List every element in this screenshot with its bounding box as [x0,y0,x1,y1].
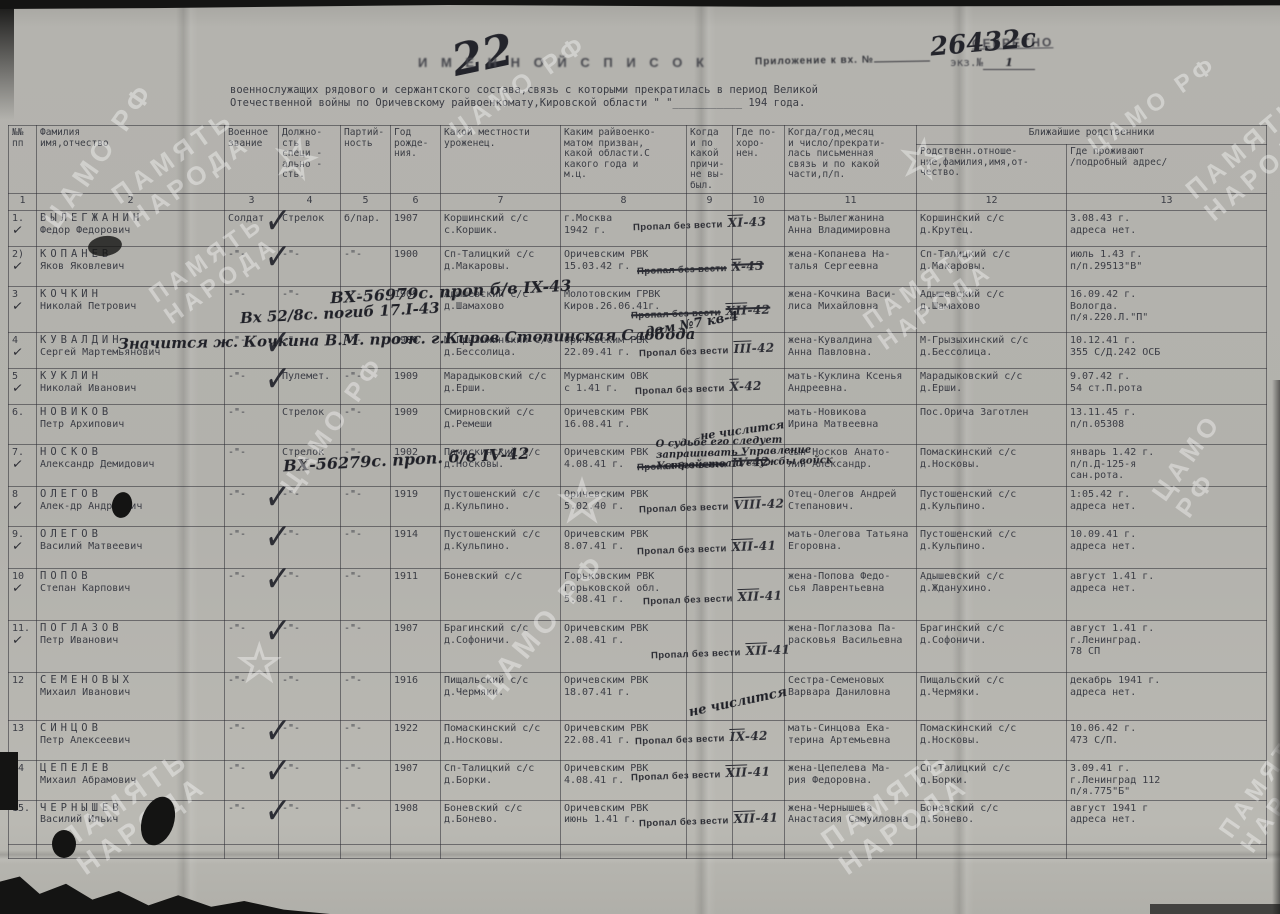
soldier-surname: ПОПОВ [40,571,221,583]
cell-row-number: 5✓ [9,369,37,405]
stamp-text: Пропал без вести [633,219,723,233]
cell-relative-address: Адышевский с/с д.Шамахово [917,287,1067,333]
column-number-7: 7 [441,194,561,211]
cell-relative-address: Пос.Орича Заготлен [917,405,1067,445]
row-checkmark: ✓ [11,458,33,472]
roman-month: XII [745,643,767,658]
incoming-number-stamp: Приложение к вх. № [755,53,930,67]
column-number-5: 5 [341,194,391,211]
cell-loss-cause: Пропал без вестиIX-42 [687,721,733,761]
scan-edge-left [0,0,14,120]
soldier-surname: ЦЕПЕЛЕВ [40,763,221,775]
scan-edge-right [1272,380,1280,914]
cell-last-contact: 10.12.41 г. 355 С/Д.242 ОСБ [1067,333,1267,369]
roman-month: X [731,260,741,274]
cell-party: -"- [341,721,391,761]
empty-cell [917,844,1067,858]
incoming-stamp-label: Приложение к вх. № [755,54,874,67]
handwritten-checkmark: ✓ [264,360,292,399]
cell-drafted-by: Оричевским РВК 2.08.41 г. [561,621,687,673]
cell-last-contact: 10.09.41 г. адреса нет. [1067,527,1267,569]
soldier-surname: СЕМЕНОВЫХ [40,675,221,687]
table-row: 10✓ПОПОВСтепан Карпович-"--"-✓-"-1911Бон… [9,569,1267,621]
scan-edge-notch [0,752,18,810]
cell-relative: мать-Олегова Татьяна Егоровна. [785,527,917,569]
column-number-13: 13 [1067,194,1267,211]
cell-name: ПОГЛАЗОВПетр Иванович [37,621,225,673]
soldier-surname: ПОГЛАЗОВ [40,623,221,635]
scan-edge-bottom-right [1150,904,1280,914]
soldier-given-names: Петр Иванович [40,635,221,647]
roman-month: VIII [733,497,761,512]
cell-last-contact: 1:05.42 г. адреса нет. [1067,487,1267,527]
cell-birth-year: 1909 [391,405,441,445]
column-number-10: 10 [733,194,785,211]
soldier-surname: КОЧКИН [40,289,221,301]
cell-rank: -"- [225,405,279,445]
soldier-given-names: Николай Иванович [40,383,221,395]
cell-birth-year: 1908 [391,800,441,844]
table-row: 11.✓ПОГЛАЗОВПетр Иванович-"--"-✓-"-1907Б… [9,621,1267,673]
row-checkmark: ✓ [11,224,33,238]
cell-birth-year: 1900 [391,247,441,287]
roman-month: X [729,380,739,394]
cell-party: б/пар. [341,211,391,247]
handwritten-checkmark: ✓ [264,518,292,557]
stamp-date-handwritten: X-43 [731,259,764,274]
stamp-date-handwritten: VIII-42 [733,496,784,512]
column-header-6: Год рожде- ния. [391,126,441,194]
table-row: 13СИНЦОВПетр Алексеевич-"--"-✓-"-1922Пом… [9,721,1267,761]
cell-row-number: 4✓ [9,333,37,369]
cell-name: НОВИКОВПетр Архипович [37,405,225,445]
soldier-given-names: Петр Архипович [40,419,221,431]
cell-last-contact: 13.11.45 г. п/п.05308 [1067,405,1267,445]
cell-row-number: 1.✓ [9,211,37,247]
table-row: 1.✓ВЫЛЕГЖАНИНФедор ФедоровичСолдатСтрело… [9,211,1267,247]
cell-party: -"- [341,369,391,405]
roman-month: XI [727,215,743,230]
cell-relative: Отец-Олегов Андрей Степанович. [785,487,917,527]
soldier-surname: НОСКОВ [40,447,221,459]
handwritten-checkmark: ✓ [264,612,292,651]
stamp-date-handwritten: III-42 [733,341,774,356]
document-subtitle: военнослужащих рядового и сержантского с… [230,84,818,110]
cell-birth-year: 1907 [391,211,441,247]
empty-cell [225,844,279,858]
cell-row-number: 8✓ [9,487,37,527]
document-title: И М Е Н Н О Й С П И С О К [418,55,709,70]
cell-birth-year: 1907 [391,621,441,673]
cell-row-number: 12 [9,673,37,721]
stamp-text: Пропал без вести [643,593,733,607]
column-number-6: 6 [391,194,441,211]
copy-number-handwritten: 1 [1005,56,1013,69]
empty-cell [687,844,733,858]
cell-relative-address: Коршинский с/с д.Крутец. [917,211,1067,247]
column-number-11: 11 [785,194,917,211]
roman-month: III [733,341,752,356]
column-header-2: Фамилия имя,отчество [37,126,225,194]
cell-last-contact: 10.06.42 г. 473 С/П. [1067,721,1267,761]
cell-birth-year: 1909 [391,369,441,405]
cell-loss-cause: Пропал без вестиXII-41 [687,621,733,673]
cell-name: ЦЕПЕЛЕВМихаил Абрамович [37,761,225,801]
cell-relative-address: М-Грызыхинский с/с д.Бессолица. [917,333,1067,369]
stamp-date-handwritten: XI-43 [727,215,766,230]
handwritten-checkmark: ✓ [264,478,292,517]
empty-cell [279,844,341,858]
cell-name: СЕМЕНОВЫХМихаил Иванович [37,673,225,721]
cell-loss-cause: Пропал без вестиX-42 [687,369,733,405]
roman-month: IX [729,729,745,744]
table-row: 14ЦЕПЕЛЕВМихаил Абрамович-"--"-✓-"-1907С… [9,761,1267,801]
column-header-3: Военное звание [225,126,279,194]
cell-row-number: 2)✓ [9,247,37,287]
column-header-9: Когда и по какой причи- не вы- был. [687,126,733,194]
empty-cell [561,844,687,858]
cell-birthplace: Пустошенский с/с д.Кульпино. [441,527,561,569]
roman-month: XII [731,539,753,554]
stamp-text: Пропал без вести [637,543,727,557]
handwritten-note: О судьбе его следует запрашивать Управле… [655,433,832,472]
stamp-date-handwritten: XII-41 [745,643,790,659]
cell-loss-cause: Пропал без вестиXII-41 [687,800,733,844]
cell-birth-year: 1922 [391,721,441,761]
cell-loss-cause: Пропал без вестиVIII-42 [687,487,733,527]
cell-birthplace: Боневский с/с д.Бонево. [441,800,561,844]
empty-cell [341,844,391,858]
roster-header: №№ ппФамилия имя,отчествоВоенное званиеД… [9,126,1267,211]
cell-drafted-by: Оричевским РВК 18.07.41 г. [561,673,687,721]
cell-birth-year: 1916 [391,673,441,721]
stamp-text: Пропал без вести [639,501,729,515]
cell-relative-address: Марадыковский с/с д.Ерши. [917,369,1067,405]
stamp-text: Пропал без вести [635,733,725,747]
stamp-text: Пропал без вести [631,769,721,783]
cell-relative: жена-Чернышева Анастасия Самуиловна [785,800,917,844]
soldier-surname: ЧЕРНЫШЕВ [40,803,221,815]
row-checkmark: ✓ [11,500,33,514]
stamp-text: Пропал без вести [635,383,725,397]
cell-row-number: 9.✓ [9,527,37,569]
stamp-date-handwritten: XII-41 [737,589,782,605]
cell-party: -"- [341,527,391,569]
soldier-given-names: Василий Ильич [40,814,221,826]
cell-name: КОПАНЕВЯков Яковлевич [37,247,225,287]
column-header-13: Когда/год,месяц и число/прекрати- лась п… [785,126,917,194]
relatives-group-header: Ближайшие родственники [917,126,1267,145]
cell-relative: жена-Попова Федо- сья Лаврентьевна [785,569,917,621]
cell-relative-address: Помаскинский с/с д.Носковы. [917,445,1067,487]
column-header-11: Родственн.отноше- ние,фамилия,имя,от- че… [917,145,1067,194]
roman-month: XII [733,811,755,826]
subtitle-line-1: военнослужащих рядового и сержантского с… [230,84,818,97]
cell-party: -"- [341,569,391,621]
stamp-text: Пропал без вести [651,647,741,661]
cell-birthplace: Сп-Талицкий с/с д.Борки. [441,761,561,801]
cell-loss-cause: Пропал без вестиXI-43 [687,211,733,247]
cell-relative: мать-Куклина Ксенья Андреевна. [785,369,917,405]
stamp-text: Пропал без вести [637,263,727,277]
cell-name: ВЫЛЕГЖАНИНФедор Федорович [37,211,225,247]
cell-loss-cause: Пропал без вестиXII-41 [687,569,733,621]
cell-name: ОЛЕГОВВасилий Матвеевич [37,527,225,569]
column-number-1: 1 [9,194,37,211]
column-number-8: 8 [561,194,687,211]
stamp-date-handwritten: XII-41 [733,810,778,826]
cell-last-contact: 9.07.42 г. 54 ст.П.рота [1067,369,1267,405]
cell-birthplace: Пустошенский с/с д.Кульпино. [441,487,561,527]
cell-loss-cause: Пропал без вестиXII-41 [687,761,733,801]
row-checkmark: ✓ [11,582,33,596]
cell-row-number: 10✓ [9,569,37,621]
table-row: 12СЕМЕНОВЫХМихаил Иванович-"--"--"-1916П… [9,673,1267,721]
cell-row-number: 11.✓ [9,621,37,673]
cell-birth-year: 1911 [391,569,441,621]
cell-name: СИНЦОВПетр Алексеевич [37,721,225,761]
cell-birthplace: Коршинский с/с с.Коршик. [441,211,561,247]
column-header-1: №№ пп [9,126,37,194]
empty-cell [785,844,917,858]
cell-birth-year: 1919 [391,487,441,527]
stamp-text: Пропал без вести [639,815,729,829]
cell-relative-address: Помаскинский с/с д.Носковы. [917,721,1067,761]
cell-relative: жена-Копанева На- талья Сергеевна [785,247,917,287]
row-checkmark: ✓ [11,382,33,396]
row-checkmark: ✓ [11,634,33,648]
empty-cell [391,844,441,858]
cell-loss-cause: Пропал без вестиXII-41 [687,527,733,569]
cell-party: -"- [341,247,391,287]
cell-last-contact: декабрь 1941 г. адреса нет. [1067,673,1267,721]
cell-duty: -"-✓ [279,621,341,673]
cell-last-contact: 16.09.42 г. Вологда. п/я.220.Л."П" [1067,287,1267,333]
soldier-given-names: Александр Демидович [40,459,221,471]
handwritten-checkmark: ✓ [264,560,292,599]
scanned-document-page: СЕКРЕТНО экз.№1 22 И М Е Н Н О Й С П И С… [0,0,1280,914]
soldier-given-names: Петр Алексеевич [40,735,221,747]
cell-name: НОСКОВАлександр Демидович [37,445,225,487]
cell-duty: Пулемет.✓ [279,369,341,405]
cell-duty: -"-✓ [279,247,341,287]
soldier-given-names: Николай Петрович [40,301,221,313]
column-header-4: Должно- сть в специ - ально - сть. [279,126,341,194]
cell-birthplace: Марадыковский с/с д.Ерши. [441,369,561,405]
cell-relative: Сестра-Семеновых Варвара Даниловна [785,673,917,721]
cell-relative-address: Пищальский с/с д.Чермяки. [917,673,1067,721]
roman-month: XII [737,589,759,604]
cell-relative: жена-Кочкина Васи- лиса Михайловна [785,287,917,333]
cell-name: ПОПОВСтепан Карпович [37,569,225,621]
soldier-given-names: Яков Яковлевич [40,261,221,273]
column-number-12: 12 [917,194,1067,211]
cell-name: КОЧКИННиколай Петрович [37,287,225,333]
stamp-text: Пропал без вести [639,345,729,359]
column-header-10: Где по- хоро- нен. [733,126,785,194]
cell-relative: мать-Синцова Ека- терина Артемьевна [785,721,917,761]
cell-relative-address: Пустошенский с/с д.Кульпино. [917,487,1067,527]
roster-body: 1.✓ВЫЛЕГЖАНИНФедор ФедоровичСолдатСтрело… [9,211,1267,859]
column-header-7: Какой местности уроженец. [441,126,561,194]
column-header-8: Каким райвоенко- матом призван, какой об… [561,126,687,194]
table-row: 2)✓КОПАНЕВЯков Яковлевич-"--"-✓-"-1900Сп… [9,247,1267,287]
cell-relative-address: Боневский с/с д.Бонево. [917,800,1067,844]
paper-hole [52,830,76,858]
cell-last-contact: январь 1.42 г. п/п.Д-125-я сан.рота. [1067,445,1267,487]
cell-relative-address: Пустошенский с/с д.Кульпино. [917,527,1067,569]
cell-relative-address: Брагинский с/с д.Софоничи. [917,621,1067,673]
table-row: 5✓КУКЛИННиколай Иванович-"-Пулемет.✓-"-1… [9,369,1267,405]
cell-party: -"- [341,405,391,445]
cell-party: -"- [341,487,391,527]
handwritten-checkmark: ✓ [264,752,292,791]
cell-last-contact: 3.09.41 г. г.Ленинград 112 п/я.775"Б" [1067,761,1267,801]
cell-duty: -"-✓ [279,800,341,844]
cell-row-number: 3✓ [9,287,37,333]
scan-edge-top [0,0,1280,9]
empty-cell [1067,844,1267,858]
empty-cell [733,844,785,858]
roman-month: XII [725,765,747,780]
cell-birthplace: Пищальский с/с д.Чермяки. [441,673,561,721]
cell-duty: Стрелок [279,405,341,445]
column-header-12: Где проживают /подробный адрес/ [1067,145,1267,194]
cell-birthplace: Помаскинский с/с д.Носковы. [441,721,561,761]
cell-last-contact: август 1.41 г. г.Ленинград. 78 СП [1067,621,1267,673]
table-row: 6.НОВИКОВПетр Архипович-"-Стрелок-"-1909… [9,405,1267,445]
soldier-surname: ОЛЕГОВ [40,529,221,541]
cell-row-number: 7.✓ [9,445,37,487]
cell-relative: жена-Цепелева Ма- рия Федоровна. [785,761,917,801]
cell-party: -"- [341,673,391,721]
soldier-given-names: Василий Матвеевич [40,541,221,553]
cell-name: КУКЛИННиколай Иванович [37,369,225,405]
row-checkmark: ✓ [11,540,33,554]
cell-party: -"- [341,800,391,844]
cell-birthplace: Смирновский с/с д.Ремеши [441,405,561,445]
empty-cell [9,844,37,858]
subtitle-line-2: Отечественной войны по Оричевскому райво… [230,97,818,110]
cell-relative-address: Адышевский с/с д.Жданухино. [917,569,1067,621]
soldier-given-names: Михаил Иванович [40,687,221,699]
cell-birthplace: Брагинский с/с д.Софоничи. [441,621,561,673]
soldier-surname: КОПАНЕВ [40,249,221,261]
cell-relative: жена-Поглазова Па- расковья Васильевна [785,621,917,673]
empty-cell [441,844,561,858]
handwritten-checkmark: ✓ [264,238,292,277]
row-checkmark: ✓ [11,300,33,314]
table-row: 8✓ОЛЕГОВАлек-др Андреевич-"--"-✓-"-1919П… [9,487,1267,527]
handwritten-checkmark: ✓ [264,712,292,751]
soldier-given-names: Федор Федорович [40,225,221,237]
cell-last-contact: август 1941 г адреса нет. [1067,800,1267,844]
soldier-given-names: Михаил Абрамович [40,775,221,787]
cell-row-number: 6. [9,405,37,445]
stamp-date-handwritten: X-42 [729,379,762,394]
table-empty-row [9,844,1267,858]
handwritten-checkmark: ✓ [264,792,292,831]
stamp-date-handwritten: XII-41 [731,539,776,555]
table-row: 7.✓НОСКОВАлександр Демидович-"-Стрелок-"… [9,445,1267,487]
cell-birthplace: Боневский с/с [441,569,561,621]
cell-last-contact: 3.08.43 г. адреса нет. [1067,211,1267,247]
column-number-2: 2 [37,194,225,211]
cell-relative-address: Сп-Талицкий с/с д.Борки. [917,761,1067,801]
table-row: 15.ЧЕРНЫШЕВВасилий Ильич-"--"-✓-"-1908Бо… [9,800,1267,844]
cell-last-contact: август 1.41 г. адреса нет. [1067,569,1267,621]
cell-party: -"- [341,621,391,673]
cell-relative: жена-Кувалдина Анна Павловна. [785,333,917,369]
soldier-surname: НОВИКОВ [40,407,221,419]
stamp-date-handwritten: IX-42 [729,729,768,744]
soldier-given-names: Степан Карпович [40,583,221,595]
cell-party: -"- [341,761,391,801]
soldier-surname: СИНЦОВ [40,723,221,735]
soldier-surname: КУКЛИН [40,371,221,383]
column-number-9: 9 [687,194,733,211]
cell-birth-year: 1914 [391,527,441,569]
stamp-date-handwritten: XII-41 [725,765,770,781]
soldier-surname: ВЫЛЕГЖАНИН [40,213,221,225]
cell-relative-address: Сп-Талицкий с/с д.Макаровы. [917,247,1067,287]
column-header-5: Партий- ность [341,126,391,194]
table-row: 9.✓ОЛЕГОВВасилий Матвеевич-"--"-✓-"-1914… [9,527,1267,569]
cell-last-contact: июль 1.43 г. п/п.29513"В" [1067,247,1267,287]
cell-loss-cause: Пропал без вестиX-43 [687,247,733,287]
row-checkmark: ✓ [11,346,33,360]
roster-table: №№ ппФамилия имя,отчествоВоенное званиеД… [8,125,1267,859]
row-checkmark: ✓ [11,260,33,274]
cell-relative: мать-Вылегжанина Анна Владимировна [785,211,917,247]
cell-birth-year: 1907 [391,761,441,801]
